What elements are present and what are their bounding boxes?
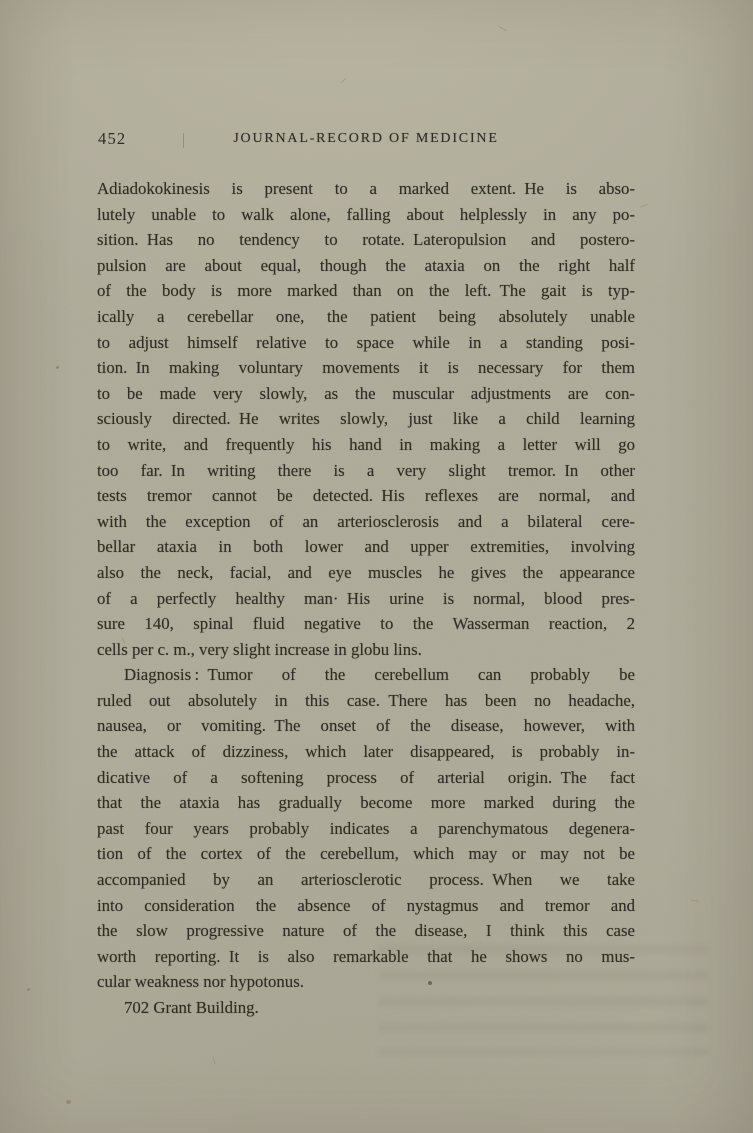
text-line: sition. Has no tendency to rotate. Later… (97, 227, 635, 253)
text-line: bellar ataxia in both lower and upper ex… (97, 534, 635, 560)
paragraph: Diagnosis : Tumor of the cerebellum can … (97, 662, 635, 995)
text-line: tion. In making voluntary movements it i… (97, 355, 635, 381)
page-number: 452 (98, 129, 126, 149)
paper-fiber (690, 899, 699, 902)
text-line: the attack of dizziness, which later dis… (97, 739, 635, 765)
text-line: of the body is more marked than on the l… (97, 278, 635, 304)
text-line: to write, and frequently his hand in mak… (97, 432, 635, 458)
paper-fiber (341, 78, 347, 84)
text-line: sure 140, spinal fluid negative to the W… (97, 611, 635, 637)
text-line: with the exception of an arteriosclerosi… (97, 509, 635, 535)
paper-speck (56, 366, 59, 369)
text-line: cular weakness nor hypotonus. (97, 969, 635, 995)
text-line: also the neck, facial, and eye muscles h… (97, 560, 635, 586)
text-line: tion of the cortex of the cerebellum, wh… (97, 841, 635, 867)
text-line: that the ataxia has gradually become mor… (97, 790, 635, 816)
paper-fiber (212, 1057, 215, 1065)
text-line: to be made very slowly, as the muscular … (97, 381, 635, 407)
text-line: worth reporting. It is also remarkable t… (97, 944, 635, 970)
text-line: past four years probably indicates a par… (97, 816, 635, 842)
text-line: ically a cerebellar one, the patient bei… (97, 304, 635, 330)
paragraph: 702 Grant Building. (97, 995, 635, 1021)
paper-speck (27, 988, 30, 991)
text-line: accompanied by an arteriosclerotic proce… (97, 867, 635, 893)
text-line: cells per c. m., very slight increase in… (97, 637, 635, 663)
text-line: dicative of a softening process of arter… (97, 765, 635, 791)
text-line: of a perfectly healthy man· His urine is… (97, 586, 635, 612)
text-line: into consideration the absence of nystag… (97, 893, 635, 919)
page-text-body: Adiadokokinesis is present to a marked e… (97, 176, 635, 1021)
text-line: 702 Grant Building. (97, 995, 635, 1021)
text-line: ruled out absolutely in this case. There… (97, 688, 635, 714)
paragraph: Adiadokokinesis is present to a marked e… (97, 176, 635, 662)
paper-speck (66, 1100, 71, 1104)
paper-fiber (640, 204, 648, 208)
text-line: tests tremor cannot be detected. His ref… (97, 483, 635, 509)
text-line: too far. In writing there is a very slig… (97, 458, 635, 484)
text-line: sciously directed. He writes slowly, jus… (97, 406, 635, 432)
text-line: Adiadokokinesis is present to a marked e… (97, 176, 635, 202)
paper-fiber (498, 26, 506, 32)
text-line: the slow progressive nature of the disea… (97, 918, 635, 944)
text-line: nausea, or vomiting. The onset of the di… (97, 713, 635, 739)
scanned-page: 452 JOURNAL-RECORD OF MEDICINE Adiadokok… (0, 0, 753, 1133)
text-line: pulsion are about equal, though the atax… (97, 253, 635, 279)
page-header: 452 JOURNAL-RECORD OF MEDICINE (97, 128, 635, 152)
running-title: JOURNAL-RECORD OF MEDICINE (97, 128, 635, 147)
text-line: to adjust himself relative to space whil… (97, 330, 635, 356)
text-line: Diagnosis : Tumor of the cerebellum can … (97, 662, 635, 688)
text-line: lutely unable to walk alone, falling abo… (97, 202, 635, 228)
